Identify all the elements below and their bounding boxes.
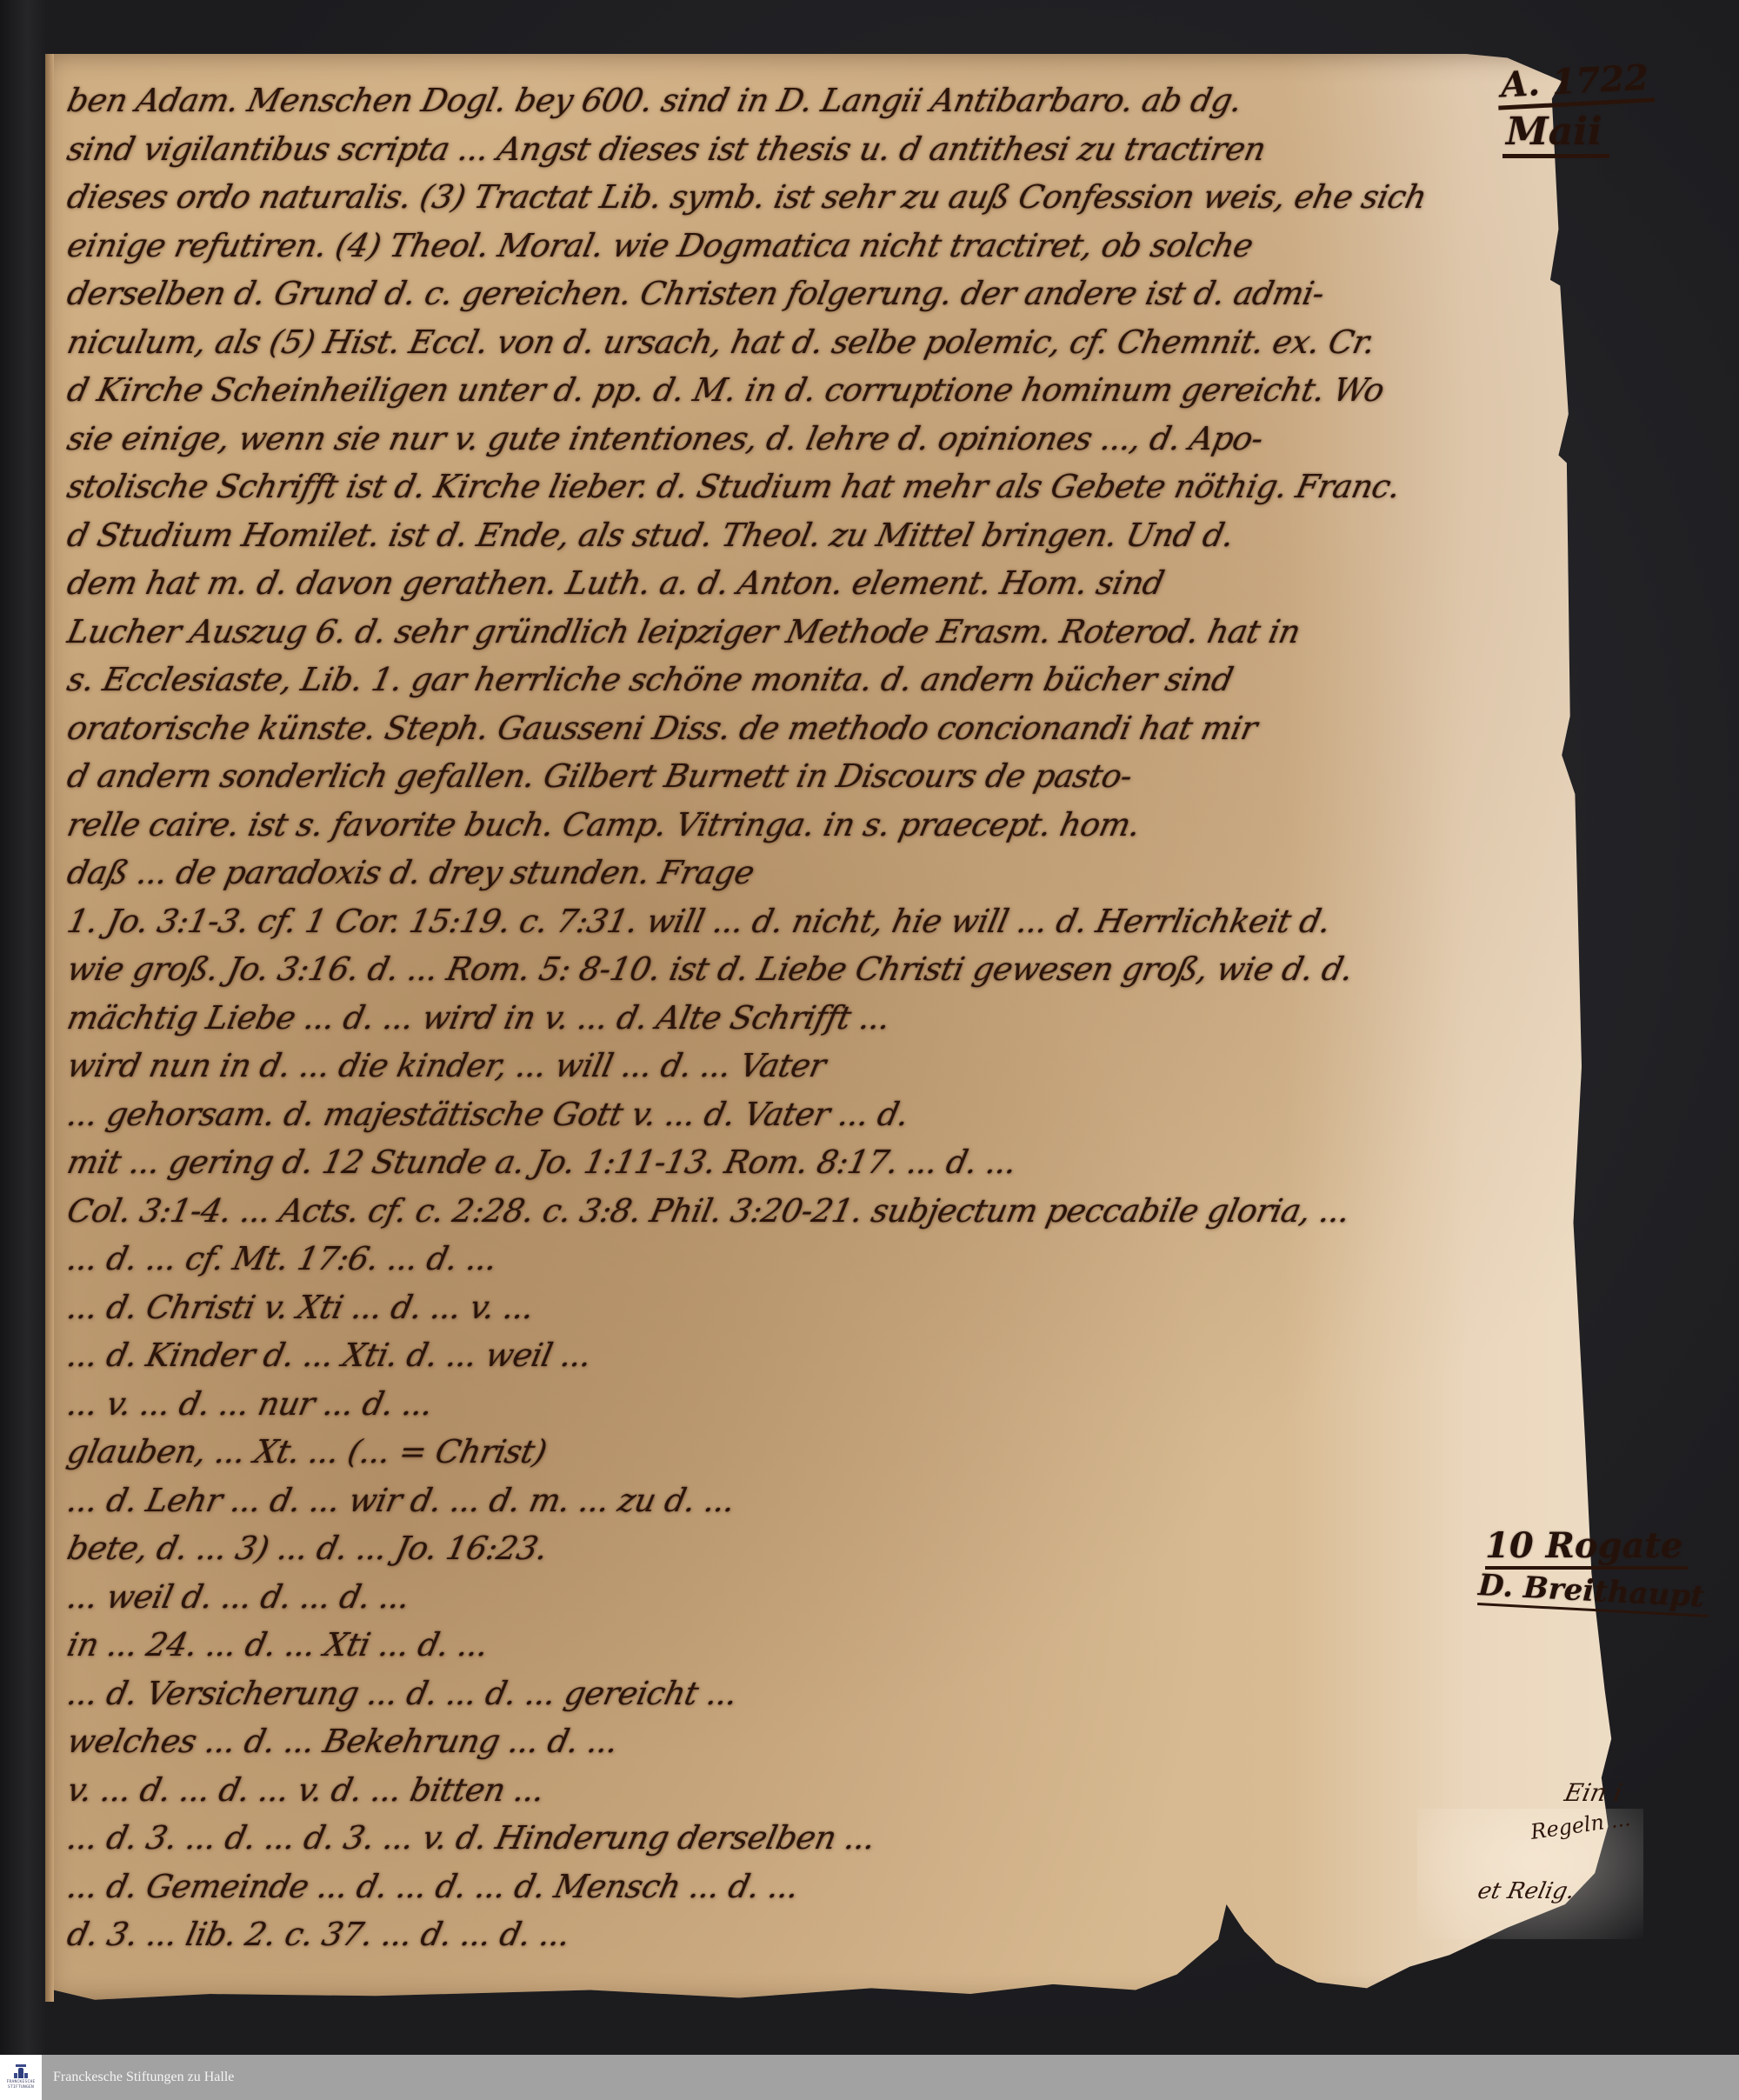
manuscript-line: welches ... d. ... Bekehrung ... d. ... — [63, 1717, 1473, 1766]
manuscript-line: einige refutiren. (4) Theol. Moral. wie … — [63, 222, 1473, 270]
institution-name[interactable]: Franckesche Stiftungen zu Halle — [53, 2070, 234, 2085]
manuscript-line: wie groß. Jo. 3:16. d. ... Rom. 5: 8-10.… — [63, 945, 1473, 994]
page-edge — [45, 54, 54, 2002]
manuscript-line: d Kirche Scheinheiligen unter d. pp. d. … — [63, 366, 1473, 415]
manuscript-line: wird nun in d. ... die kinder, ... will … — [63, 1042, 1473, 1090]
manuscript-line: ... d. Gemeinde ... d. ... d. ... d. Men… — [63, 1863, 1473, 1911]
manuscript-line: relle caire. ist s. favorite buch. Camp.… — [63, 801, 1473, 850]
margin-note-year: A. 1722 — [1496, 57, 1656, 110]
manuscript-line: derselben d. Grund d. c. gereichen. Chri… — [63, 270, 1473, 318]
footer-bar: FRANCKESCHE STIFTUNGEN Franckesche Stift… — [0, 2055, 1739, 2100]
margin-note-sunday: 10 Rogate — [1485, 1525, 1688, 1570]
manuscript-line: ... d. 3. ... d. ... d. 3. ... v. d. Hin… — [63, 1814, 1473, 1863]
manuscript-line: d Studium Homilet. ist d. Ende, als stud… — [63, 511, 1473, 560]
manuscript-line: s. Ecclesiaste, Lib. 1. gar herrliche sc… — [63, 656, 1473, 704]
manuscript-line: bete, d. ... 3) ... d. ... Jo. 16:23. — [63, 1524, 1473, 1573]
manuscript-line: ben Adam. Menschen Dogl. bey 600. sind i… — [63, 77, 1473, 125]
manuscript-line: ... d. Christi v. Xti ... d. ... v. ... — [63, 1283, 1473, 1332]
manuscript-line: dem hat m. d. davon gerathen. Luth. a. d… — [63, 559, 1473, 608]
institution-logo[interactable]: FRANCKESCHE STIFTUNGEN — [0, 2055, 42, 2100]
logo-text: FRANCKESCHE STIFTUNGEN — [6, 2080, 35, 2090]
founder-statue-icon — [14, 2064, 28, 2080]
manuscript-line: ... v. ... d. ... nur ... d. ... — [63, 1380, 1473, 1429]
manuscript-line: d andern sonderlich gefallen. Gilbert Bu… — [63, 752, 1473, 801]
manuscript-line: 1. Jo. 3:1-3. cf. 1 Cor. 15:19. c. 7:31.… — [63, 897, 1473, 946]
manuscript-line: sie einige, wenn sie nur v. gute intenti… — [63, 415, 1473, 463]
manuscript-line: d. 3. ... lib. 2. c. 37. ... d. ... d. .… — [63, 1910, 1473, 1959]
margin-note-small: et Relig. — [1476, 1878, 1577, 1904]
manuscript-line: Col. 3:1-4. ... Acts. cf. c. 2:28. c. 3:… — [63, 1187, 1473, 1236]
manuscript-line: oratorische künste. Steph. Gausseni Diss… — [63, 704, 1473, 753]
manuscript-line: daß ... de paradoxis d. drey stunden. Fr… — [63, 849, 1473, 897]
manuscript-line: glauben, ... Xt. ... (... = Christ) — [63, 1428, 1473, 1477]
manuscript-line: mit ... gering d. 12 Stunde a. Jo. 1:11-… — [63, 1138, 1473, 1187]
manuscript-line: stolische Schrifft ist d. Kirche lieber.… — [63, 463, 1473, 511]
manuscript-line: ... d. Versicherung ... d. ... d. ... ge… — [63, 1670, 1473, 1718]
manuscript-line: ... d. ... cf. Mt. 17:6. ... d. ... — [63, 1235, 1473, 1283]
manuscript-line: niculum, als (5) Hist. Eccl. von d. ursa… — [63, 318, 1473, 367]
manuscript-line: ... d. Kinder d. ... Xti. d. ... weil ..… — [63, 1331, 1473, 1380]
manuscript-line: mächtig Liebe ... d. ... wird in v. ... … — [63, 994, 1473, 1043]
manuscript-line: sind vigilantibus scripta ... Angst dies… — [63, 125, 1473, 174]
manuscript-text: ben Adam. Menschen Dogl. bey 600. sind i… — [68, 77, 1468, 1959]
manuscript-line: ... d. Lehr ... d. ... wir d. ... d. m. … — [63, 1477, 1473, 1525]
manuscript-line: v. ... d. ... d. ... v. d. ... bitten ..… — [63, 1766, 1473, 1815]
manuscript-line: Lucher Auszug 6. d. sehr gründlich leipz… — [63, 608, 1473, 657]
manuscript-line: in ... 24. ... d. ... Xti ... d. ... — [63, 1621, 1473, 1670]
manuscript-line: ... weil d. ... d. ... d. ... — [63, 1573, 1473, 1622]
margin-note-month: Maii — [1502, 110, 1609, 158]
margin-note-small: Ein i — [1562, 1778, 1624, 1807]
binding-spine — [0, 0, 45, 2055]
manuscript-line: ... gehorsam. d. majestätische Gott v. .… — [63, 1090, 1473, 1139]
manuscript-line: dieses ordo naturalis. (3) Tractat Lib. … — [63, 173, 1473, 222]
